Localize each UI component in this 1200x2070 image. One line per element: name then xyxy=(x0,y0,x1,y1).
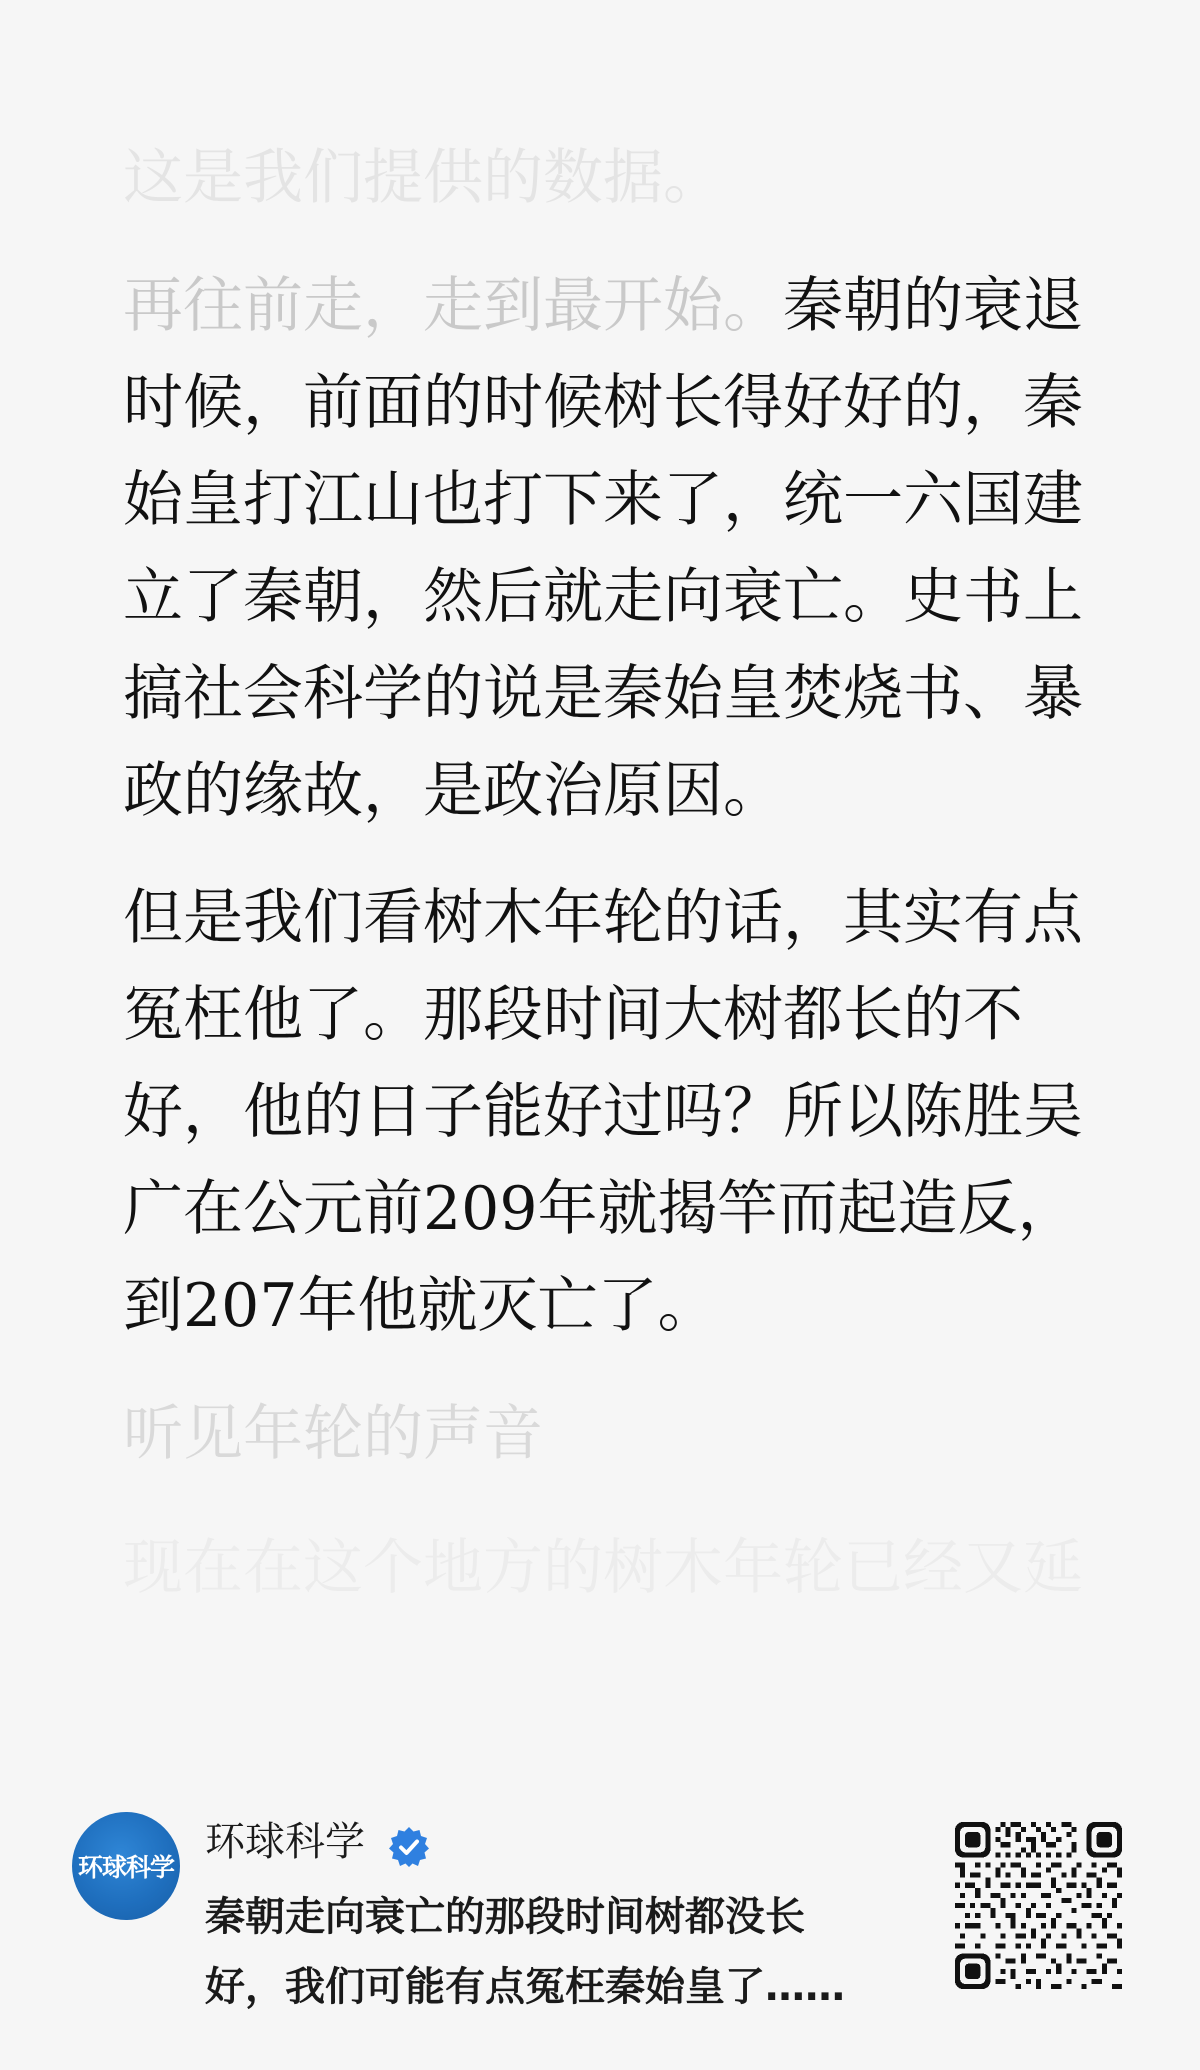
paragraph-1-line-1: 再往前走，走到最开始。秦朝的衰退 xyxy=(123,258,1083,355)
paragraph-2-line-2: 冤枉他了。那段时间大树都长的不 xyxy=(123,967,1023,1064)
paragraph-1-start: 秦朝的衰退 xyxy=(783,271,1083,341)
paragraph-1-line-6: 政的缘故，是政治原因。 xyxy=(123,743,783,840)
faded-paragraph-top: 这是我们提供的数据。 xyxy=(123,130,723,227)
avatar-label: 环球科学 xyxy=(78,1848,174,1884)
paragraph-1-line-5: 搞社会科学的说是秦始皇焚烧书、暴 xyxy=(123,646,1083,743)
paragraph-2-line-1: 但是我们看树木年轮的话，其实有点 xyxy=(123,870,1083,967)
avatar[interactable]: 环球科学 xyxy=(72,1812,180,1920)
account-name[interactable]: 环球科学 xyxy=(205,1818,365,1866)
description-line-2: 好，我们可能有点冤枉秦始皇了…… xyxy=(205,1952,845,2022)
description-line-1: 秦朝走向衰亡的那段时间树都没长 xyxy=(205,1882,805,1952)
faded-paragraph-bottom: 现在在这个地方的树木年轮已经又延 xyxy=(123,1520,1083,1617)
paragraph-2-line-4: 广在公元前209年就揭竿而起造反， xyxy=(123,1161,1078,1258)
section-heading-faded: 听见年轮的声音 xyxy=(123,1386,543,1483)
paragraph-2-line-3: 好，他的日子能好过吗？所以陈胜吴 xyxy=(123,1064,1083,1161)
verified-badge-icon xyxy=(388,1826,430,1868)
share-card-footer: 环球科学 环球科学 秦朝走向衰亡的那段时间树都没长 好，我们可能有点冤枉秦始皇了… xyxy=(0,1780,1200,2070)
faded-lead-in: 再往前走，走到最开始。 xyxy=(123,271,783,341)
qr-code-icon[interactable] xyxy=(955,1822,1122,1989)
paragraph-1-line-4: 立了秦朝，然后就走向衰亡。史书上 xyxy=(123,549,1083,646)
paragraph-1-line-2: 时候，前面的时候树长得好好的，秦 xyxy=(123,355,1083,452)
paragraph-2-line-5: 到207年他就灭亡了。 xyxy=(123,1258,718,1355)
paragraph-1-line-3: 始皇打江山也打下来了，统一六国建 xyxy=(123,452,1083,549)
